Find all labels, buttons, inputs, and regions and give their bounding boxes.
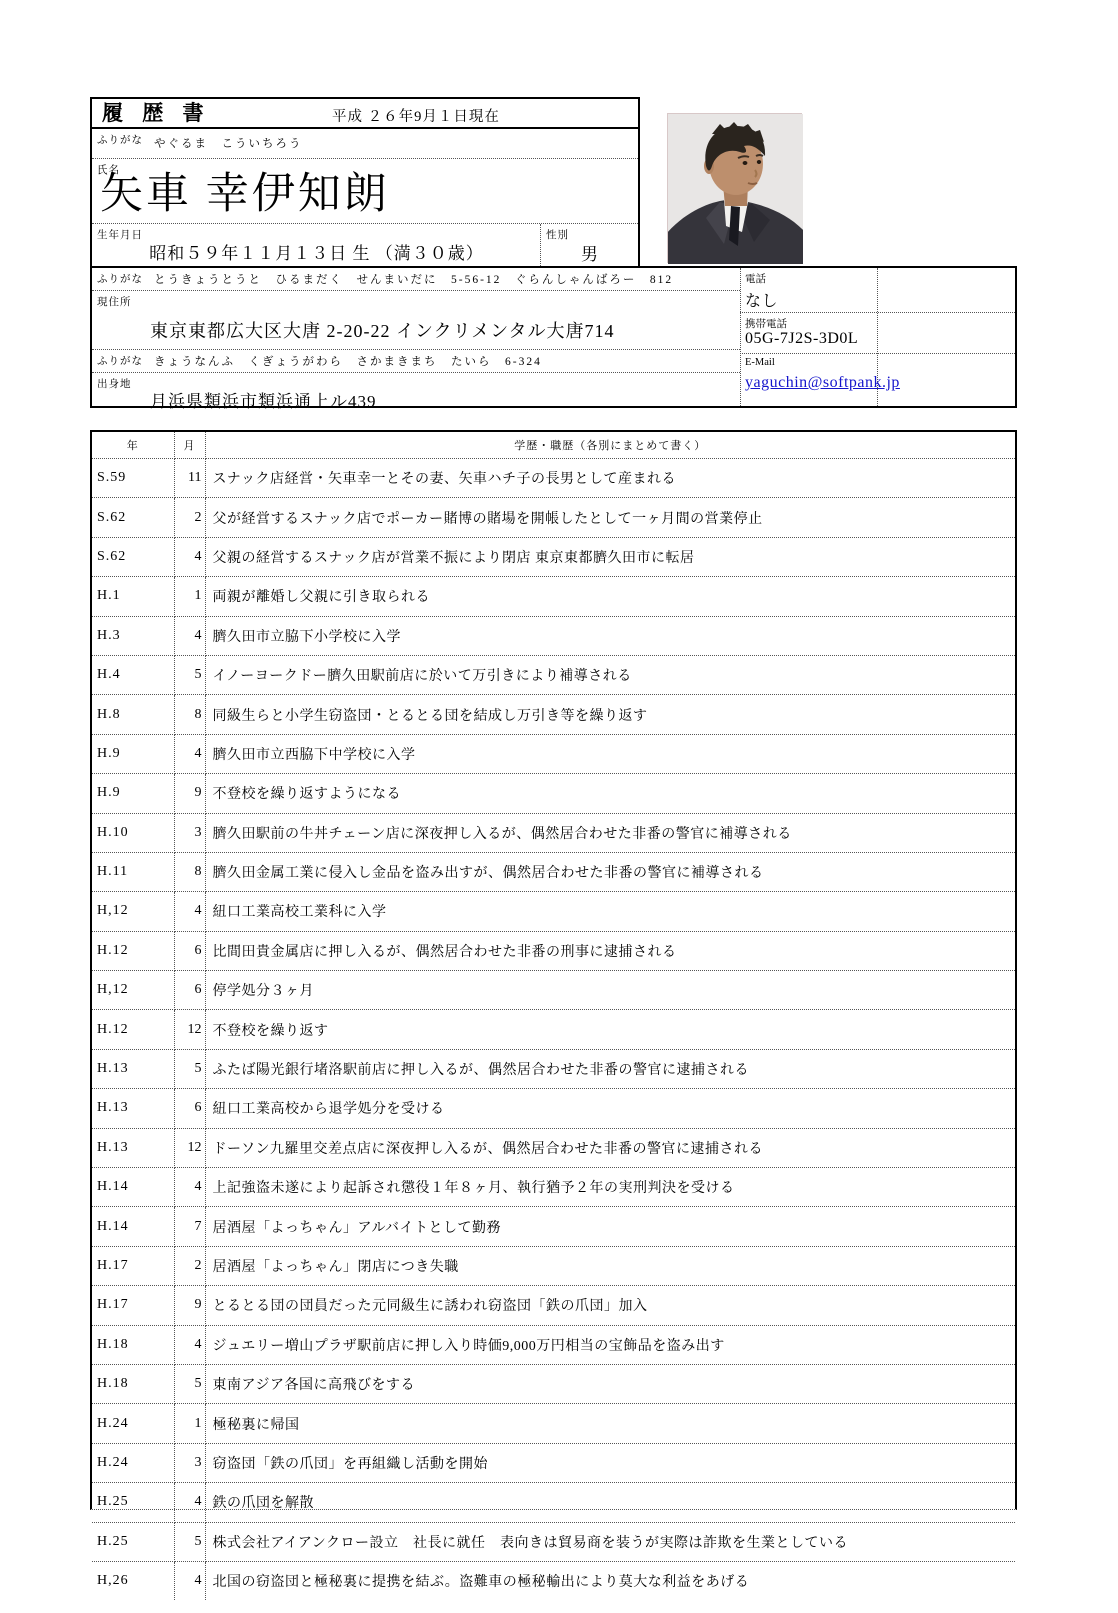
gender-value: 男 <box>541 240 638 265</box>
contact-pane: 電話 なし 携帯電話 05G-7J2S-3D0L E-Mail yaguchin… <box>740 268 1015 406</box>
history-row: S.5911スナック店経営・矢車幸一とその妻、矢車ハチ子の長男として産まれる <box>92 459 1015 498</box>
address-value: 東京東都広大区大唐 2-20-22 インクリメンタル大唐714 <box>150 317 615 343</box>
detail-column-header: 学歴・職歴（各別にまとめて書く） <box>205 432 1015 459</box>
history-month-cell: 8 <box>174 695 205 734</box>
address-label: 現住所 <box>97 294 132 309</box>
history-detail-cell: ふたば陽光銀行堵洛駅前店に押し入るが、偶然居合わせた非番の警官に逮捕される <box>205 1049 1015 1088</box>
history-year-cell: H.9 <box>92 734 174 773</box>
history-month-cell: 3 <box>174 813 205 852</box>
history-month-cell: 2 <box>174 498 205 537</box>
history-row: H,126停学処分３ヶ月 <box>92 971 1015 1010</box>
history-year-cell: H.25 <box>92 1522 174 1561</box>
history-row: H.1312ドーソン九羅里交差点店に深夜押し入るが、偶然居合わせた非番の警官に逮… <box>92 1128 1015 1167</box>
email-link[interactable]: yaguchin@softpank.jp <box>745 374 900 391</box>
history-month-cell: 12 <box>174 1010 205 1049</box>
history-year-cell: H.24 <box>92 1404 174 1443</box>
history-row: H,264北国の窃盗団と極秘裏に提携を結ぶ。盗難車の極秘輸出により莫大な利益をあ… <box>92 1561 1015 1600</box>
history-year-cell: H.18 <box>92 1325 174 1364</box>
history-month-cell: 9 <box>174 774 205 813</box>
birthplace-furigana-row: ふりがな きょうなんふ くぎょうがわら さかまきまち たいら 6-324 <box>92 350 740 373</box>
furigana-label: ふりがな <box>97 353 143 368</box>
year-column-header: 年 <box>92 432 174 459</box>
history-year-cell: H.17 <box>92 1246 174 1285</box>
history-detail-cell: 父親の経営するスナック店が営業不振により閉店 東京東都臍久田市に転居 <box>205 537 1015 576</box>
history-row: H.144上記強盗未遂により起訴され懲役１年８ヶ月、執行猶予２年の実刑判決を受け… <box>92 1168 1015 1207</box>
history-month-cell: 6 <box>174 931 205 970</box>
history-row: H.88同級生らと小学生窃盗団・とるとる団を結成し万引き等を繰り返す <box>92 695 1015 734</box>
history-table-body: S.5911スナック店経営・矢車幸一とその妻、矢車ハチ子の長男として産まれるS.… <box>92 459 1015 1601</box>
name-furigana-row: ふりがな やぐるま こういちろう <box>92 129 638 159</box>
history-row: H.103臍久田駅前の牛丼チェーン店に深夜押し入るが、偶然居合わせた非番の警官に… <box>92 813 1015 852</box>
history-row: H.94臍久田市立西脇下中学校に入学 <box>92 734 1015 773</box>
history-row: H.179とるとる団の団員だった元同級生に誘われ窃盗団「鉄の爪団」加入 <box>92 1286 1015 1325</box>
history-year-cell: H.25 <box>92 1483 174 1522</box>
name-box: ふりがな やぐるま こういちろう 氏名 矢車 幸伊知朗 生年月日 昭和５９年１１… <box>90 129 640 266</box>
history-year-cell: H.18 <box>92 1364 174 1403</box>
phone-value: なし <box>745 288 778 311</box>
resume-document: 履 歴 書 平成 ２６年9月１日現在 ふりがな やぐるま こういちろう 氏名 矢… <box>0 0 1118 1613</box>
history-year-cell: H,12 <box>92 892 174 931</box>
history-month-cell: 1 <box>174 1404 205 1443</box>
history-row: H.172居酒屋「よっちゃん」閉店につき失職 <box>92 1246 1015 1285</box>
history-row: H.118臍久田金属工業に侵入し金品を盗み出すが、偶然居合わせた非番の警官に補導… <box>92 852 1015 891</box>
history-detail-cell: 紐口工業高校から退学処分を受ける <box>205 1089 1015 1128</box>
history-row: H.184ジュエリー増山プラザ駅前店に押し入り時価9,000万円相当の宝飾品を盗… <box>92 1325 1015 1364</box>
month-column-header: 月 <box>174 432 205 459</box>
history-year-cell: H.14 <box>92 1207 174 1246</box>
gender-cell: 性別 男 <box>540 224 638 268</box>
email-row: E-Mail yaguchin@softpank.jp <box>740 354 1015 408</box>
history-month-cell: 4 <box>174 1483 205 1522</box>
history-detail-cell: 停学処分３ヶ月 <box>205 971 1015 1010</box>
history-month-cell: 4 <box>174 734 205 773</box>
history-row: H.254鉄の爪団を解散 <box>92 1483 1015 1522</box>
history-detail-cell: 不登校を繰り返すようになる <box>205 774 1015 813</box>
history-year-cell: H,26 <box>92 1561 174 1600</box>
history-detail-cell: 臍久田市立脇下小学校に入学 <box>205 616 1015 655</box>
history-detail-cell: ジュエリー増山プラザ駅前店に押し入り時価9,000万円相当の宝飾品を盗み出す <box>205 1325 1015 1364</box>
history-table: 年 月 学歴・職歴（各別にまとめて書く） S.5911スナック店経営・矢車幸一と… <box>90 430 1017 1510</box>
history-row: H.241極秘裏に帰国 <box>92 1404 1015 1443</box>
history-month-cell: 6 <box>174 1089 205 1128</box>
history-row: H.147居酒屋「よっちゃん」アルバイトとして勤務 <box>92 1207 1015 1246</box>
furigana-label: ふりがな <box>97 132 143 147</box>
history-month-cell: 4 <box>174 1561 205 1600</box>
history-detail-cell: 株式会社アイアンクロー設立 社長に就任 表向きは貿易商を装うが実際は詐欺を生業と… <box>205 1522 1015 1561</box>
history-detail-cell: 上記強盗未遂により起訴され懲役１年８ヶ月、執行猶予２年の実刑判決を受ける <box>205 1168 1015 1207</box>
history-month-cell: 8 <box>174 852 205 891</box>
history-detail-cell: 両親が離婚し父親に引き取られる <box>205 577 1015 616</box>
history-detail-cell: とるとる団の団員だった元同級生に誘われ窃盗団「鉄の爪団」加入 <box>205 1286 1015 1325</box>
address-contact-box: ふりがな とうきょうとうと ひるまだく せんまいだに 5-56-12 ぐらんしゃ… <box>90 266 1017 408</box>
history-detail-cell: 同級生らと小学生窃盗団・とるとる団を結成し万引き等を繰り返す <box>205 695 1015 734</box>
history-detail-cell: 臍久田市立西脇下中学校に入学 <box>205 734 1015 773</box>
birthplace-furigana: きょうなんふ くぎょうがわら さかまきまち たいら 6-324 <box>154 353 542 369</box>
address-pane: ふりがな とうきょうとうと ひるまだく せんまいだに 5-56-12 ぐらんしゃ… <box>92 268 741 406</box>
history-detail-cell: 窃盗団「鉄の爪団」を再組織し活動を開始 <box>205 1443 1015 1482</box>
history-detail-cell: 比間田貴金属店に押し入るが、偶然居合わせた非番の刑事に逮捕される <box>205 931 1015 970</box>
history-month-cell: 7 <box>174 1207 205 1246</box>
history-month-cell: 12 <box>174 1128 205 1167</box>
history-month-cell: 5 <box>174 1049 205 1088</box>
history-year-cell: H.17 <box>92 1286 174 1325</box>
history-detail-cell: 父が経営するスナック店でポーカー賭博の賭場を開帳したとして一ヶ月間の営業停止 <box>205 498 1015 537</box>
history-year-cell: H.12 <box>92 1010 174 1049</box>
address-furigana-row: ふりがな とうきょうとうと ひるまだく せんまいだに 5-56-12 ぐらんしゃ… <box>92 268 740 291</box>
history-row: H.99不登校を繰り返すようになる <box>92 774 1015 813</box>
furigana-label: ふりがな <box>97 271 143 286</box>
history-month-cell: 2 <box>174 1246 205 1285</box>
history-detail-cell: 東南アジア各国に高飛びをする <box>205 1364 1015 1403</box>
history-row: H.243窃盗団「鉄の爪団」を再組織し活動を開始 <box>92 1443 1015 1482</box>
history-month-cell: 11 <box>174 459 205 498</box>
history-year-cell: H.1 <box>92 577 174 616</box>
history-year-cell: H.13 <box>92 1128 174 1167</box>
email-label: E-Mail <box>745 357 775 368</box>
history-detail-cell: 臍久田金属工業に侵入し金品を盗み出すが、偶然居合わせた非番の警官に補導される <box>205 852 1015 891</box>
history-month-cell: 4 <box>174 616 205 655</box>
history-row: H.34臍久田市立脇下小学校に入学 <box>92 616 1015 655</box>
history-year-cell: H.14 <box>92 1168 174 1207</box>
birthplace-row: 出身地 月浜県類浜市類浜通上ル439 <box>92 373 740 409</box>
history-row: H.135ふたば陽光銀行堵洛駅前店に押し入るが、偶然居合わせた非番の警官に逮捕さ… <box>92 1049 1015 1088</box>
mobile-value: 05G-7J2S-3D0L <box>745 330 858 348</box>
history-row: H.136紐口工業高校から退学処分を受ける <box>92 1089 1015 1128</box>
history-year-cell: H.12 <box>92 931 174 970</box>
history-detail-cell: スナック店経営・矢車幸一とその妻、矢車ハチ子の長男として産まれる <box>205 459 1015 498</box>
history-year-cell: H.10 <box>92 813 174 852</box>
history-year-cell: H.13 <box>92 1049 174 1088</box>
phone-row: 電話 なし <box>740 268 1015 313</box>
history-row: H.126比間田貴金属店に押し入るが、偶然居合わせた非番の刑事に逮捕される <box>92 931 1015 970</box>
document-title: 履 歴 書 <box>102 100 211 127</box>
address-furigana: とうきょうとうと ひるまだく せんまいだに 5-56-12 ぐらんしゃんばろー … <box>154 271 673 287</box>
name-furigana: やぐるま こういちろう <box>154 135 303 151</box>
history-detail-cell: 居酒屋「よっちゃん」アルバイトとして勤務 <box>205 1207 1015 1246</box>
history-month-cell: 5 <box>174 1522 205 1561</box>
birthdate-value: 昭和５９年１１月１３日 生 （満３０歳） <box>92 239 541 264</box>
history-month-cell: 4 <box>174 892 205 931</box>
birthplace-label: 出身地 <box>97 376 132 391</box>
history-month-cell: 6 <box>174 971 205 1010</box>
name-row: 氏名 矢車 幸伊知朗 <box>92 159 638 224</box>
history-year-cell: H.3 <box>92 616 174 655</box>
history-month-cell: 1 <box>174 577 205 616</box>
history-month-cell: 4 <box>174 1168 205 1207</box>
history-row: S.624父親の経営するスナック店が営業不振により閉店 東京東都臍久田市に転居 <box>92 537 1015 576</box>
history-year-cell: H.9 <box>92 774 174 813</box>
history-year-cell: H.24 <box>92 1443 174 1482</box>
history-row: H,124紐口工業高校工業科に入学 <box>92 892 1015 931</box>
history-detail-cell: 北国の窃盗団と極秘裏に提携を結ぶ。盗難車の極秘輸出により莫大な利益をあげる <box>205 1561 1015 1600</box>
history-row: H.11両親が離婚し父親に引き取られる <box>92 577 1015 616</box>
history-year-cell: H.13 <box>92 1089 174 1128</box>
document-date: 平成 ２６年9月１日現在 <box>332 105 500 126</box>
history-month-cell: 5 <box>174 655 205 694</box>
history-detail-cell: 不登校を繰り返す <box>205 1010 1015 1049</box>
history-year-cell: H.4 <box>92 655 174 694</box>
history-detail-cell: 鉄の爪団を解散 <box>205 1483 1015 1522</box>
history-year-cell: H.11 <box>92 852 174 891</box>
history-detail-cell: ドーソン九羅里交差点店に深夜押し入るが、偶然居合わせた非番の警官に逮捕される <box>205 1128 1015 1167</box>
history-month-cell: 3 <box>174 1443 205 1482</box>
history-year-cell: S.62 <box>92 498 174 537</box>
portrait-photo <box>667 113 802 263</box>
full-name: 矢車 幸伊知朗 <box>100 171 390 219</box>
history-row: H.1212不登校を繰り返す <box>92 1010 1015 1049</box>
history-month-cell: 4 <box>174 537 205 576</box>
history-detail-cell: 紐口工業高校工業科に入学 <box>205 892 1015 931</box>
history-month-cell: 4 <box>174 1325 205 1364</box>
title-box: 履 歴 書 平成 ２６年9月１日現在 <box>90 97 640 129</box>
phone-label: 電話 <box>745 271 766 286</box>
history-detail-cell: 居酒屋「よっちゃん」閉店につき失職 <box>205 1246 1015 1285</box>
history-header-row: 年 月 学歴・職歴（各別にまとめて書く） <box>92 432 1015 459</box>
history-year-cell: S.62 <box>92 537 174 576</box>
history-month-cell: 5 <box>174 1364 205 1403</box>
history-detail-cell: 極秘裏に帰国 <box>205 1404 1015 1443</box>
portrait-photo-image <box>668 114 803 264</box>
mobile-label: 携帯電話 <box>745 316 787 331</box>
history-detail-cell: イノーヨークドー臍久田駅前店に於いて万引きにより補導される <box>205 655 1015 694</box>
history-row: H.255株式会社アイアンクロー設立 社長に就任 表向きは貿易商を装うが実際は詐… <box>92 1522 1015 1561</box>
history-year-cell: S.59 <box>92 459 174 498</box>
history-year-cell: H.8 <box>92 695 174 734</box>
birthplace-value: 月浜県類浜市類浜通上ル439 <box>150 387 377 412</box>
history-row: S.622父が経営するスナック店でポーカー賭博の賭場を開帳したとして一ヶ月間の営… <box>92 498 1015 537</box>
history-month-cell: 9 <box>174 1286 205 1325</box>
history-row: H.45イノーヨークドー臍久田駅前店に於いて万引きにより補導される <box>92 655 1015 694</box>
history-year-cell: H,12 <box>92 971 174 1010</box>
history-row: H.185東南アジア各国に高飛びをする <box>92 1364 1015 1403</box>
history-detail-cell: 臍久田駅前の牛丼チェーン店に深夜押し入るが、偶然居合わせた非番の警官に補導される <box>205 813 1015 852</box>
address-row: 現住所 東京東都広大区大唐 2-20-22 インクリメンタル大唐714 <box>92 291 740 350</box>
birthdate-row: 生年月日 昭和５９年１１月１３日 生 （満３０歳） 性別 男 <box>92 224 638 268</box>
mobile-row: 携帯電話 05G-7J2S-3D0L <box>740 313 1015 354</box>
